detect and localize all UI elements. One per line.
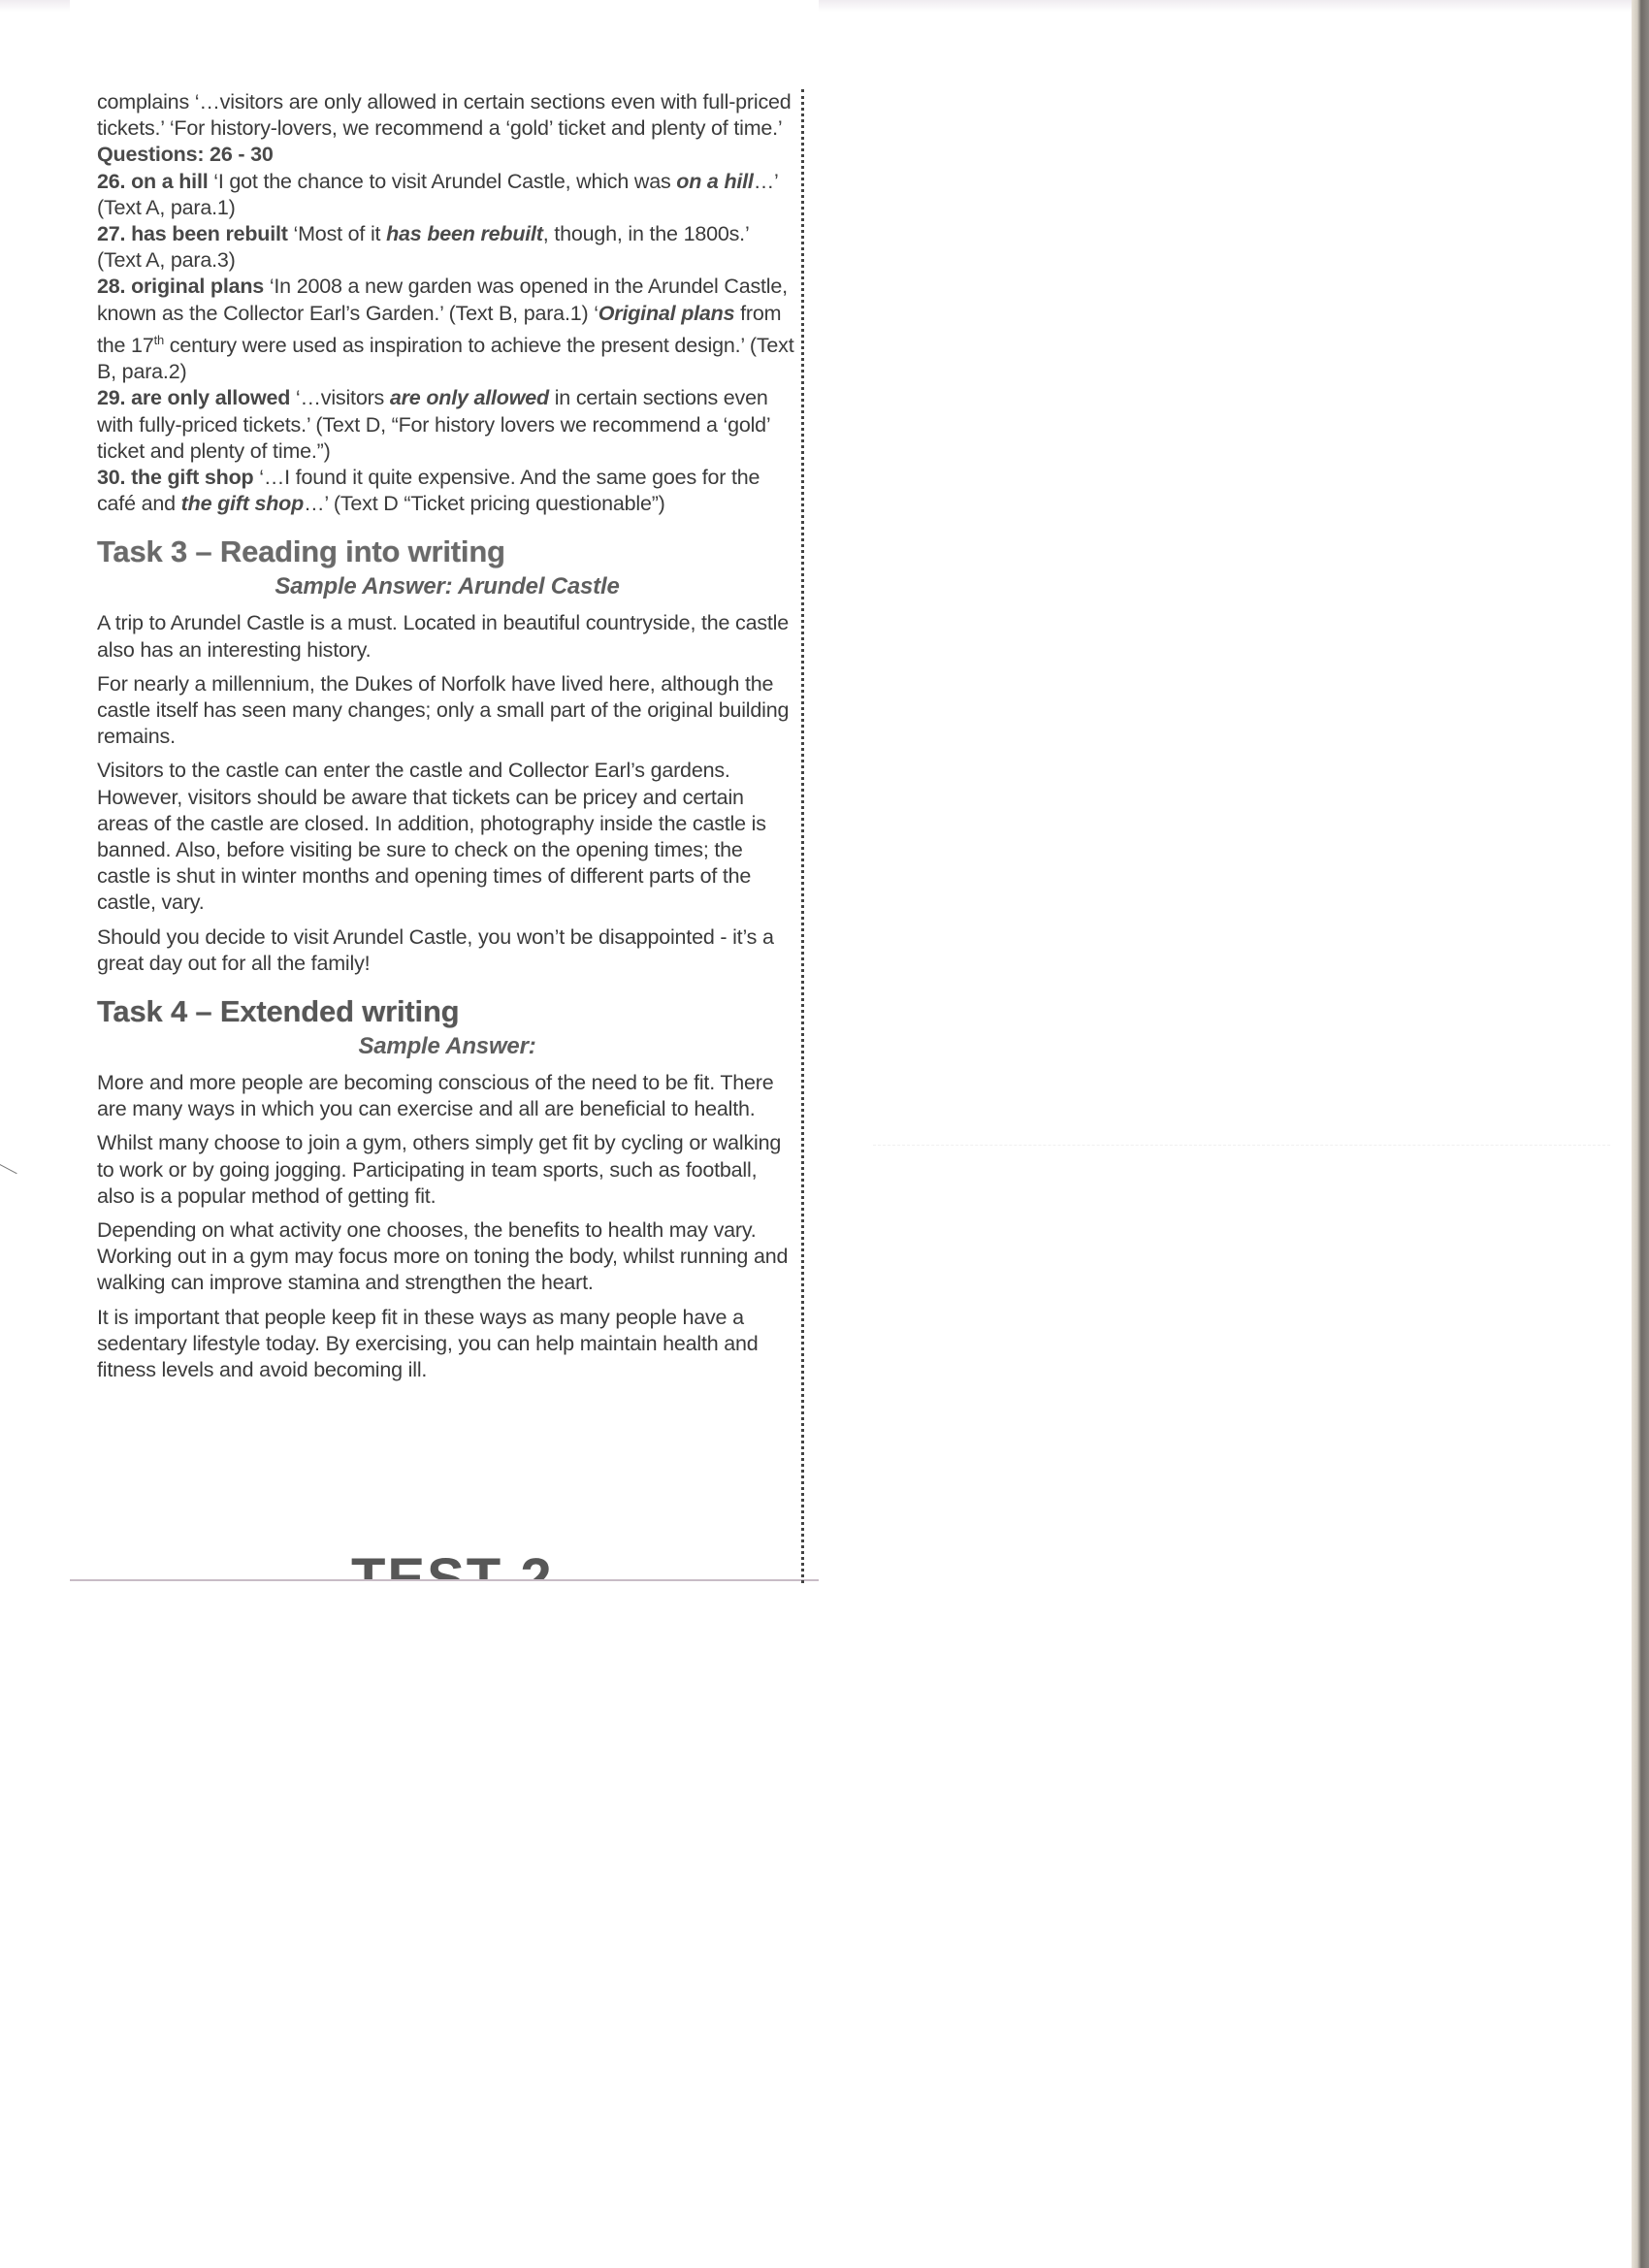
questions-list: 26. on a hill ‘I got the chance to visit…: [97, 169, 797, 518]
question-emphasis: the gift shop: [181, 492, 304, 515]
task3-heading: Task 3 – Reading into writing: [97, 535, 797, 569]
question-number: 27.: [97, 222, 125, 245]
task3-paragraph: For nearly a millennium, the Dukes of No…: [97, 671, 797, 751]
question-emphasis: are only allowed: [390, 386, 549, 409]
question-item-26: 26. on a hill ‘I got the chance to visit…: [97, 169, 797, 221]
question-item-30: 30. the gift shop ‘…I found it quite exp…: [97, 465, 797, 517]
question-answer: original plans: [131, 275, 264, 298]
answer-key-column: complains ‘…visitors are only allowed in…: [97, 89, 797, 1391]
next-test-heading-cropped: TEST 2: [351, 1540, 554, 1579]
question-answer: are only allowed: [131, 386, 290, 409]
task4-paragraph: It is important that people keep fit in …: [97, 1305, 797, 1384]
question-number: 28.: [97, 275, 125, 298]
continuation-paragraph: complains ‘…visitors are only allowed in…: [97, 89, 797, 142]
question-number: 29.: [97, 386, 125, 409]
task4-sample-heading: Sample Answer:: [97, 1031, 797, 1062]
question-quote: ‘I got the chance to visit Arundel Castl…: [209, 170, 677, 193]
question-answer: the gift shop: [131, 466, 253, 489]
task4-paragraph: Whilst many choose to join a gym, others…: [97, 1130, 797, 1210]
question-answer: has been rebuilt: [131, 222, 288, 245]
question-reference: century were used as inspiration to achi…: [97, 334, 794, 383]
column-dotted-border: [801, 89, 804, 1583]
question-emphasis: on a hill: [676, 170, 753, 193]
question-item-28: 28. original plans ‘In 2008 a new garden…: [97, 274, 797, 385]
faint-scan-line: [873, 1145, 1610, 1146]
question-item-29: 29. are only allowed ‘…visitors are only…: [97, 385, 797, 465]
scanner-edge-shadow: [1632, 0, 1649, 2268]
question-item-27: 27. has been rebuilt ‘Most of it has bee…: [97, 221, 797, 274]
question-emphasis: Original plans: [598, 302, 735, 325]
question-quote: ‘…visitors: [290, 386, 390, 409]
question-reference: …’ (Text D “Ticket pricing questionable”…: [304, 492, 665, 515]
task4-paragraph: More and more people are becoming consci…: [97, 1070, 797, 1122]
question-quote: ‘Most of it: [288, 222, 386, 245]
ordinal-superscript: th: [154, 333, 164, 347]
questions-heading: Questions: 26 - 30: [97, 142, 797, 168]
task3-paragraph: A trip to Arundel Castle is a must. Loca…: [97, 610, 797, 663]
pen-mark: [0, 1164, 17, 1200]
question-number: 30.: [97, 466, 125, 489]
task3-sample-heading: Sample Answer: Arundel Castle: [97, 571, 797, 602]
task3-paragraph: Visitors to the castle can enter the cas…: [97, 758, 797, 916]
task3-paragraph: Should you decide to visit Arundel Castl…: [97, 924, 797, 977]
question-emphasis: has been rebuilt: [386, 222, 543, 245]
task4-paragraph: Depending on what activity one chooses, …: [97, 1217, 797, 1297]
question-number: 26.: [97, 170, 125, 193]
question-answer: on a hill: [131, 170, 208, 193]
task4-heading: Task 4 – Extended writing: [97, 994, 797, 1029]
